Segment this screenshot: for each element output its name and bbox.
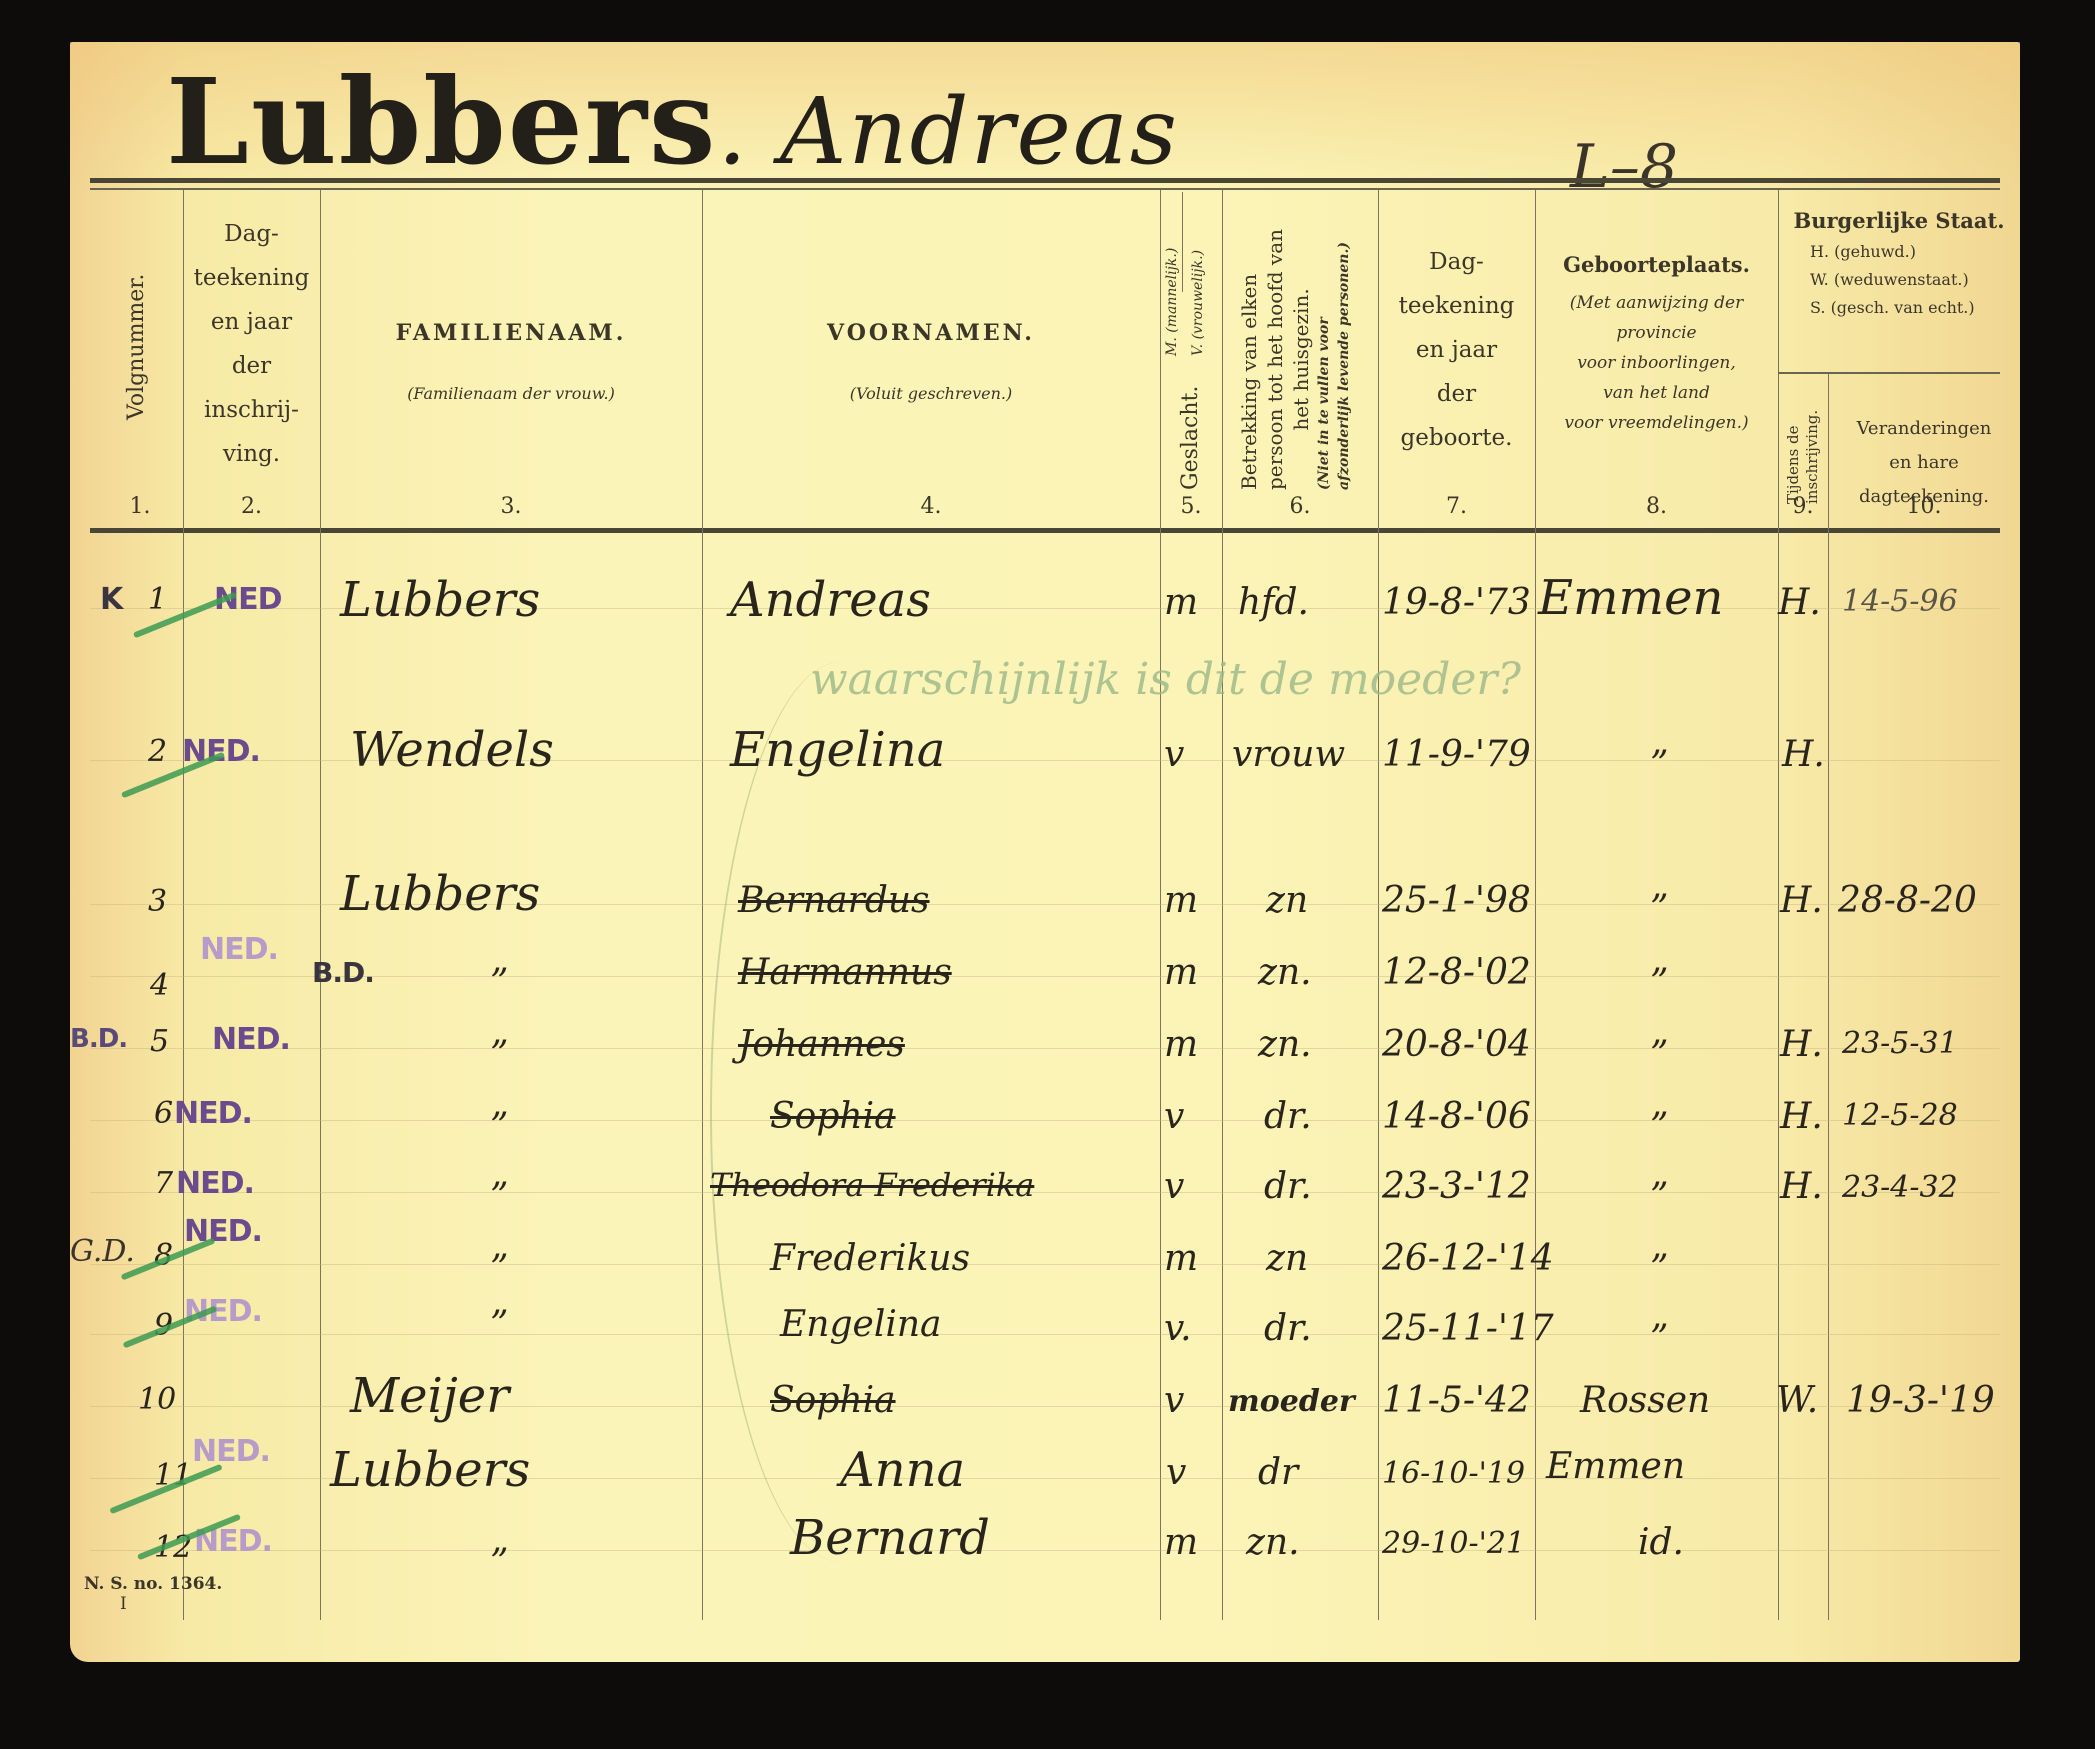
margin-mark: G.D. bbox=[70, 1234, 135, 1269]
ned-stamp: NED. bbox=[192, 1434, 270, 1469]
birth-date: 11-9-'79 bbox=[1382, 734, 1531, 775]
given-names: Frederikus bbox=[770, 1238, 970, 1279]
birth-date: 25-1-'98 bbox=[1382, 880, 1531, 921]
given-names: Johannes bbox=[738, 1024, 905, 1065]
col3-subheader: (Familienaam der vrouw.) bbox=[320, 384, 702, 403]
legend-h: H. (gehuwd.) bbox=[1810, 238, 1975, 266]
changes: 12-5-28 bbox=[1842, 1098, 1958, 1133]
birth-date: 11-5-'42 bbox=[1382, 1380, 1531, 1421]
given-names: Harmannus bbox=[738, 952, 952, 993]
burgerlijke-staat-legend: H. (gehuwd.) W. (weduwenstaat.) S. (gesc… bbox=[1810, 238, 1975, 322]
sex: m bbox=[1164, 952, 1198, 993]
birthplace: Emmen bbox=[1546, 1446, 1685, 1487]
changes: 14-5-96 bbox=[1842, 584, 1958, 619]
birth-date: 12-8-'02 bbox=[1382, 952, 1531, 993]
birthplace: id. bbox=[1638, 1522, 1684, 1563]
given-names: Theodora Frederika bbox=[710, 1166, 1034, 1204]
birthplace: ” bbox=[1650, 1318, 1668, 1359]
surname: ” bbox=[490, 1304, 508, 1345]
register-card: Lubbers. Andreas L–8 Volgnummer. Dag- te… bbox=[70, 42, 2020, 1662]
birth-date: 19-8-'73 bbox=[1382, 582, 1531, 623]
relation: dr. bbox=[1264, 1096, 1312, 1137]
sex: m bbox=[1164, 582, 1198, 623]
col-num-6: 6. bbox=[1222, 494, 1378, 519]
col3-header: FAMILIENAAM. bbox=[320, 320, 702, 346]
surname: Lubbers bbox=[340, 866, 540, 922]
geslacht-sub-divider bbox=[1182, 192, 1183, 292]
ned-stamp: NED. bbox=[200, 932, 278, 967]
surname: ” bbox=[490, 1248, 508, 1289]
col8-line: van het land bbox=[1535, 378, 1778, 408]
ned-stamp: NED. bbox=[212, 1022, 290, 1057]
civil-state: H. bbox=[1780, 880, 1823, 921]
col-num-10: 10. bbox=[1828, 494, 2020, 519]
col6-line: het huisgezin. bbox=[1288, 229, 1314, 490]
birth-date: 14-8-'06 bbox=[1382, 1096, 1531, 1137]
birth-date: 26-12-'14 bbox=[1382, 1238, 1554, 1279]
row-number: 6 bbox=[154, 1096, 173, 1131]
col8-line: provincie bbox=[1535, 318, 1778, 348]
col2-line: Dag- bbox=[183, 212, 320, 256]
sex: m bbox=[1164, 1238, 1198, 1279]
birthplace: ” bbox=[1650, 1176, 1668, 1217]
col8-line: (Met aanwijzing der bbox=[1535, 288, 1778, 318]
card-title: Lubbers. Andreas bbox=[166, 52, 1179, 191]
sex: v bbox=[1166, 1452, 1186, 1493]
birthplace: Rossen bbox=[1580, 1380, 1710, 1421]
given-names: Sophia bbox=[770, 1096, 896, 1137]
legend-s: S. (gesch. van echt.) bbox=[1810, 294, 1975, 322]
given-names: Bernardus bbox=[738, 880, 930, 921]
col-num-8: 8. bbox=[1535, 494, 1778, 519]
birth-date: 29-10-'21 bbox=[1382, 1526, 1525, 1561]
sex: m bbox=[1164, 1522, 1198, 1563]
col-num-1: 1. bbox=[100, 494, 180, 519]
civil-state: H. bbox=[1780, 1096, 1823, 1137]
col9-line: inschrijving. bbox=[1803, 410, 1822, 504]
changes: 28-8-20 bbox=[1838, 880, 1977, 921]
col5-sub-m: M. (mannelijk.) bbox=[1164, 248, 1180, 356]
row-number: 2 bbox=[148, 734, 167, 769]
row-guide bbox=[90, 1120, 2000, 1121]
civil-state: H. bbox=[1778, 582, 1821, 623]
civil-state: W. bbox=[1776, 1380, 1818, 1421]
ned-stamp: NED. bbox=[176, 1166, 254, 1201]
col5-sub-v: V. (vrouwelijk.) bbox=[1190, 250, 1206, 356]
col4-header: VOORNAMEN. bbox=[702, 320, 1160, 346]
col2-line: inschrij- bbox=[183, 388, 320, 432]
surname: ” bbox=[490, 1106, 508, 1147]
col7-line: geboorte. bbox=[1378, 416, 1535, 460]
form-number: N. S. no. 1364. I bbox=[84, 1574, 222, 1614]
col1-header: Volgnummer. bbox=[124, 274, 149, 420]
row-guide bbox=[90, 1334, 2000, 1335]
row-guide bbox=[90, 1048, 2000, 1049]
reference-mark: L–8 bbox=[1570, 132, 1678, 202]
col7-line: der bbox=[1378, 372, 1535, 416]
given-names: Anna bbox=[840, 1442, 965, 1498]
sex: v bbox=[1164, 1166, 1184, 1207]
col6-line: Betrekking van elken bbox=[1236, 229, 1262, 490]
birthplace: ” bbox=[1650, 962, 1668, 1003]
sex: v bbox=[1164, 1380, 1184, 1421]
given-names: Bernard bbox=[790, 1510, 990, 1566]
relation: zn bbox=[1266, 880, 1308, 921]
col2-line: der bbox=[183, 344, 320, 388]
legend-w: W. (weduwenstaat.) bbox=[1810, 266, 1975, 294]
form-number-text: N. S. no. 1364. bbox=[84, 1574, 222, 1594]
surname: ” bbox=[490, 1542, 508, 1583]
col-num-2: 2. bbox=[183, 494, 320, 519]
col-divider-9 bbox=[1828, 372, 1829, 1620]
pencil-note: waarschijnlijk is dit de moeder? bbox=[810, 654, 1521, 705]
birthplace: ” bbox=[1650, 1248, 1668, 1289]
col10-line: en hare bbox=[1828, 446, 2020, 480]
row-number: 10 bbox=[138, 1382, 176, 1417]
relation: zn. bbox=[1258, 952, 1312, 993]
birth-date: 25-11-'17 bbox=[1382, 1308, 1554, 1349]
row-guide bbox=[90, 1192, 2000, 1193]
col5-header: Geslacht. bbox=[1178, 386, 1203, 490]
birthplace: ” bbox=[1650, 744, 1668, 785]
given-names: Engelina bbox=[730, 722, 945, 778]
changes: 23-4-32 bbox=[1842, 1170, 1958, 1205]
birth-date: 16-10-'19 bbox=[1382, 1456, 1525, 1491]
row-number: 4 bbox=[150, 968, 169, 1003]
header-top-rule bbox=[90, 178, 2000, 183]
header-bottom-rule bbox=[90, 528, 2000, 533]
footer-mark: I bbox=[120, 1594, 222, 1614]
relation: zn. bbox=[1258, 1024, 1312, 1065]
green-check-mark bbox=[121, 752, 225, 799]
col7-line: en jaar bbox=[1378, 328, 1535, 372]
birthplace: ” bbox=[1650, 1034, 1668, 1075]
ned-stamp: NED. bbox=[174, 1096, 252, 1131]
col4-subheader: (Voluit geschreven.) bbox=[702, 384, 1160, 403]
col6-line: persoon tot het hoofd van bbox=[1262, 229, 1288, 490]
row-number: 1 bbox=[148, 582, 167, 617]
sex: v. bbox=[1164, 1308, 1192, 1349]
birth-date: 20-8-'04 bbox=[1382, 1024, 1531, 1065]
row-number: 3 bbox=[148, 884, 167, 919]
bd-stamp: B.D. bbox=[312, 956, 374, 989]
surname: ” bbox=[490, 1176, 508, 1217]
birth-date: 23-3-'12 bbox=[1382, 1166, 1531, 1207]
surname: Lubbers bbox=[340, 572, 540, 628]
birthplace: ” bbox=[1650, 888, 1668, 929]
col8-header: Geboorteplaats. bbox=[1535, 252, 1778, 277]
burgerlijke-divider bbox=[1778, 372, 2000, 374]
col-num-3: 3. bbox=[320, 494, 702, 519]
sex: m bbox=[1164, 1024, 1198, 1065]
col2-header: Dag- teekening en jaar der inschrij- vin… bbox=[183, 212, 320, 476]
given-names: Sophia bbox=[770, 1380, 896, 1421]
sex: v bbox=[1164, 1096, 1184, 1137]
col7-line: Dag- bbox=[1378, 240, 1535, 284]
relation: vrouw bbox=[1232, 734, 1345, 775]
surname: Wendels bbox=[350, 722, 554, 778]
col6-sub: afzonderlijk levende personen.) bbox=[1334, 229, 1354, 490]
title-given: Andreas bbox=[780, 78, 1179, 185]
ned-stamp: NED. bbox=[184, 1294, 262, 1329]
col7-header: Dag- teekening en jaar der geboorte. bbox=[1378, 240, 1535, 460]
col10-line: Veranderingen bbox=[1828, 412, 2020, 446]
col9-header: Tijdens de inschrijving. bbox=[1784, 410, 1822, 504]
surname: Meijer bbox=[350, 1368, 509, 1424]
relation: dr. bbox=[1264, 1166, 1312, 1207]
col8-line: voor vreemdelingen.) bbox=[1535, 408, 1778, 438]
birthplace: Emmen bbox=[1538, 570, 1723, 626]
margin-mark: B.D. bbox=[70, 1024, 127, 1054]
civil-state: H. bbox=[1780, 1024, 1823, 1065]
relation: zn bbox=[1266, 1238, 1308, 1279]
row-guide bbox=[90, 1264, 2000, 1265]
sex: v bbox=[1164, 734, 1184, 775]
col8-subheader: (Met aanwijzing der provincie voor inboo… bbox=[1535, 288, 1778, 438]
col9-line: Tijdens de bbox=[1784, 410, 1803, 504]
row-number: 7 bbox=[154, 1166, 173, 1201]
given-names: Andreas bbox=[730, 572, 931, 628]
sex: m bbox=[1164, 880, 1198, 921]
col2-line: ving. bbox=[183, 432, 320, 476]
burgerlijke-staat-header: Burgerlijke Staat. bbox=[1778, 208, 2020, 233]
surname: ” bbox=[490, 962, 508, 1003]
row-number: 5 bbox=[150, 1024, 169, 1059]
relation: zn. bbox=[1246, 1522, 1300, 1563]
col6-sub: (Niet in te vullen voor bbox=[1314, 229, 1334, 490]
col-num-4: 4. bbox=[702, 494, 1160, 519]
changes: 23-5-31 bbox=[1842, 1026, 1958, 1061]
relation: dr bbox=[1258, 1452, 1298, 1493]
civil-state: H. bbox=[1782, 734, 1825, 775]
relation: dr. bbox=[1264, 1308, 1312, 1349]
header-top-rule-thin bbox=[90, 188, 2000, 190]
row-guide bbox=[90, 1550, 2000, 1551]
relation: hfd. bbox=[1238, 582, 1309, 623]
relation: moeder bbox=[1228, 1384, 1355, 1419]
surname: ” bbox=[490, 1034, 508, 1075]
title-surname: Lubbers bbox=[166, 52, 717, 191]
birthplace: ” bbox=[1650, 1106, 1668, 1147]
col8-line: voor inboorlingen, bbox=[1535, 348, 1778, 378]
col-num-7: 7. bbox=[1378, 494, 1535, 519]
surname: Lubbers bbox=[330, 1442, 530, 1498]
col6-header: Betrekking van elken persoon tot het hoo… bbox=[1236, 229, 1354, 490]
given-names: Engelina bbox=[780, 1304, 942, 1345]
col7-line: teekening bbox=[1378, 284, 1535, 328]
col-num-5: 5. bbox=[1160, 494, 1222, 519]
margin-mark: K bbox=[100, 582, 122, 617]
row-guide bbox=[90, 976, 2000, 977]
changes: 19-3-'19 bbox=[1846, 1380, 1995, 1421]
col-num-9: 9. bbox=[1778, 494, 1828, 519]
col2-line: teekening bbox=[183, 256, 320, 300]
col2-line: en jaar bbox=[183, 300, 320, 344]
civil-state: H. bbox=[1780, 1166, 1823, 1207]
